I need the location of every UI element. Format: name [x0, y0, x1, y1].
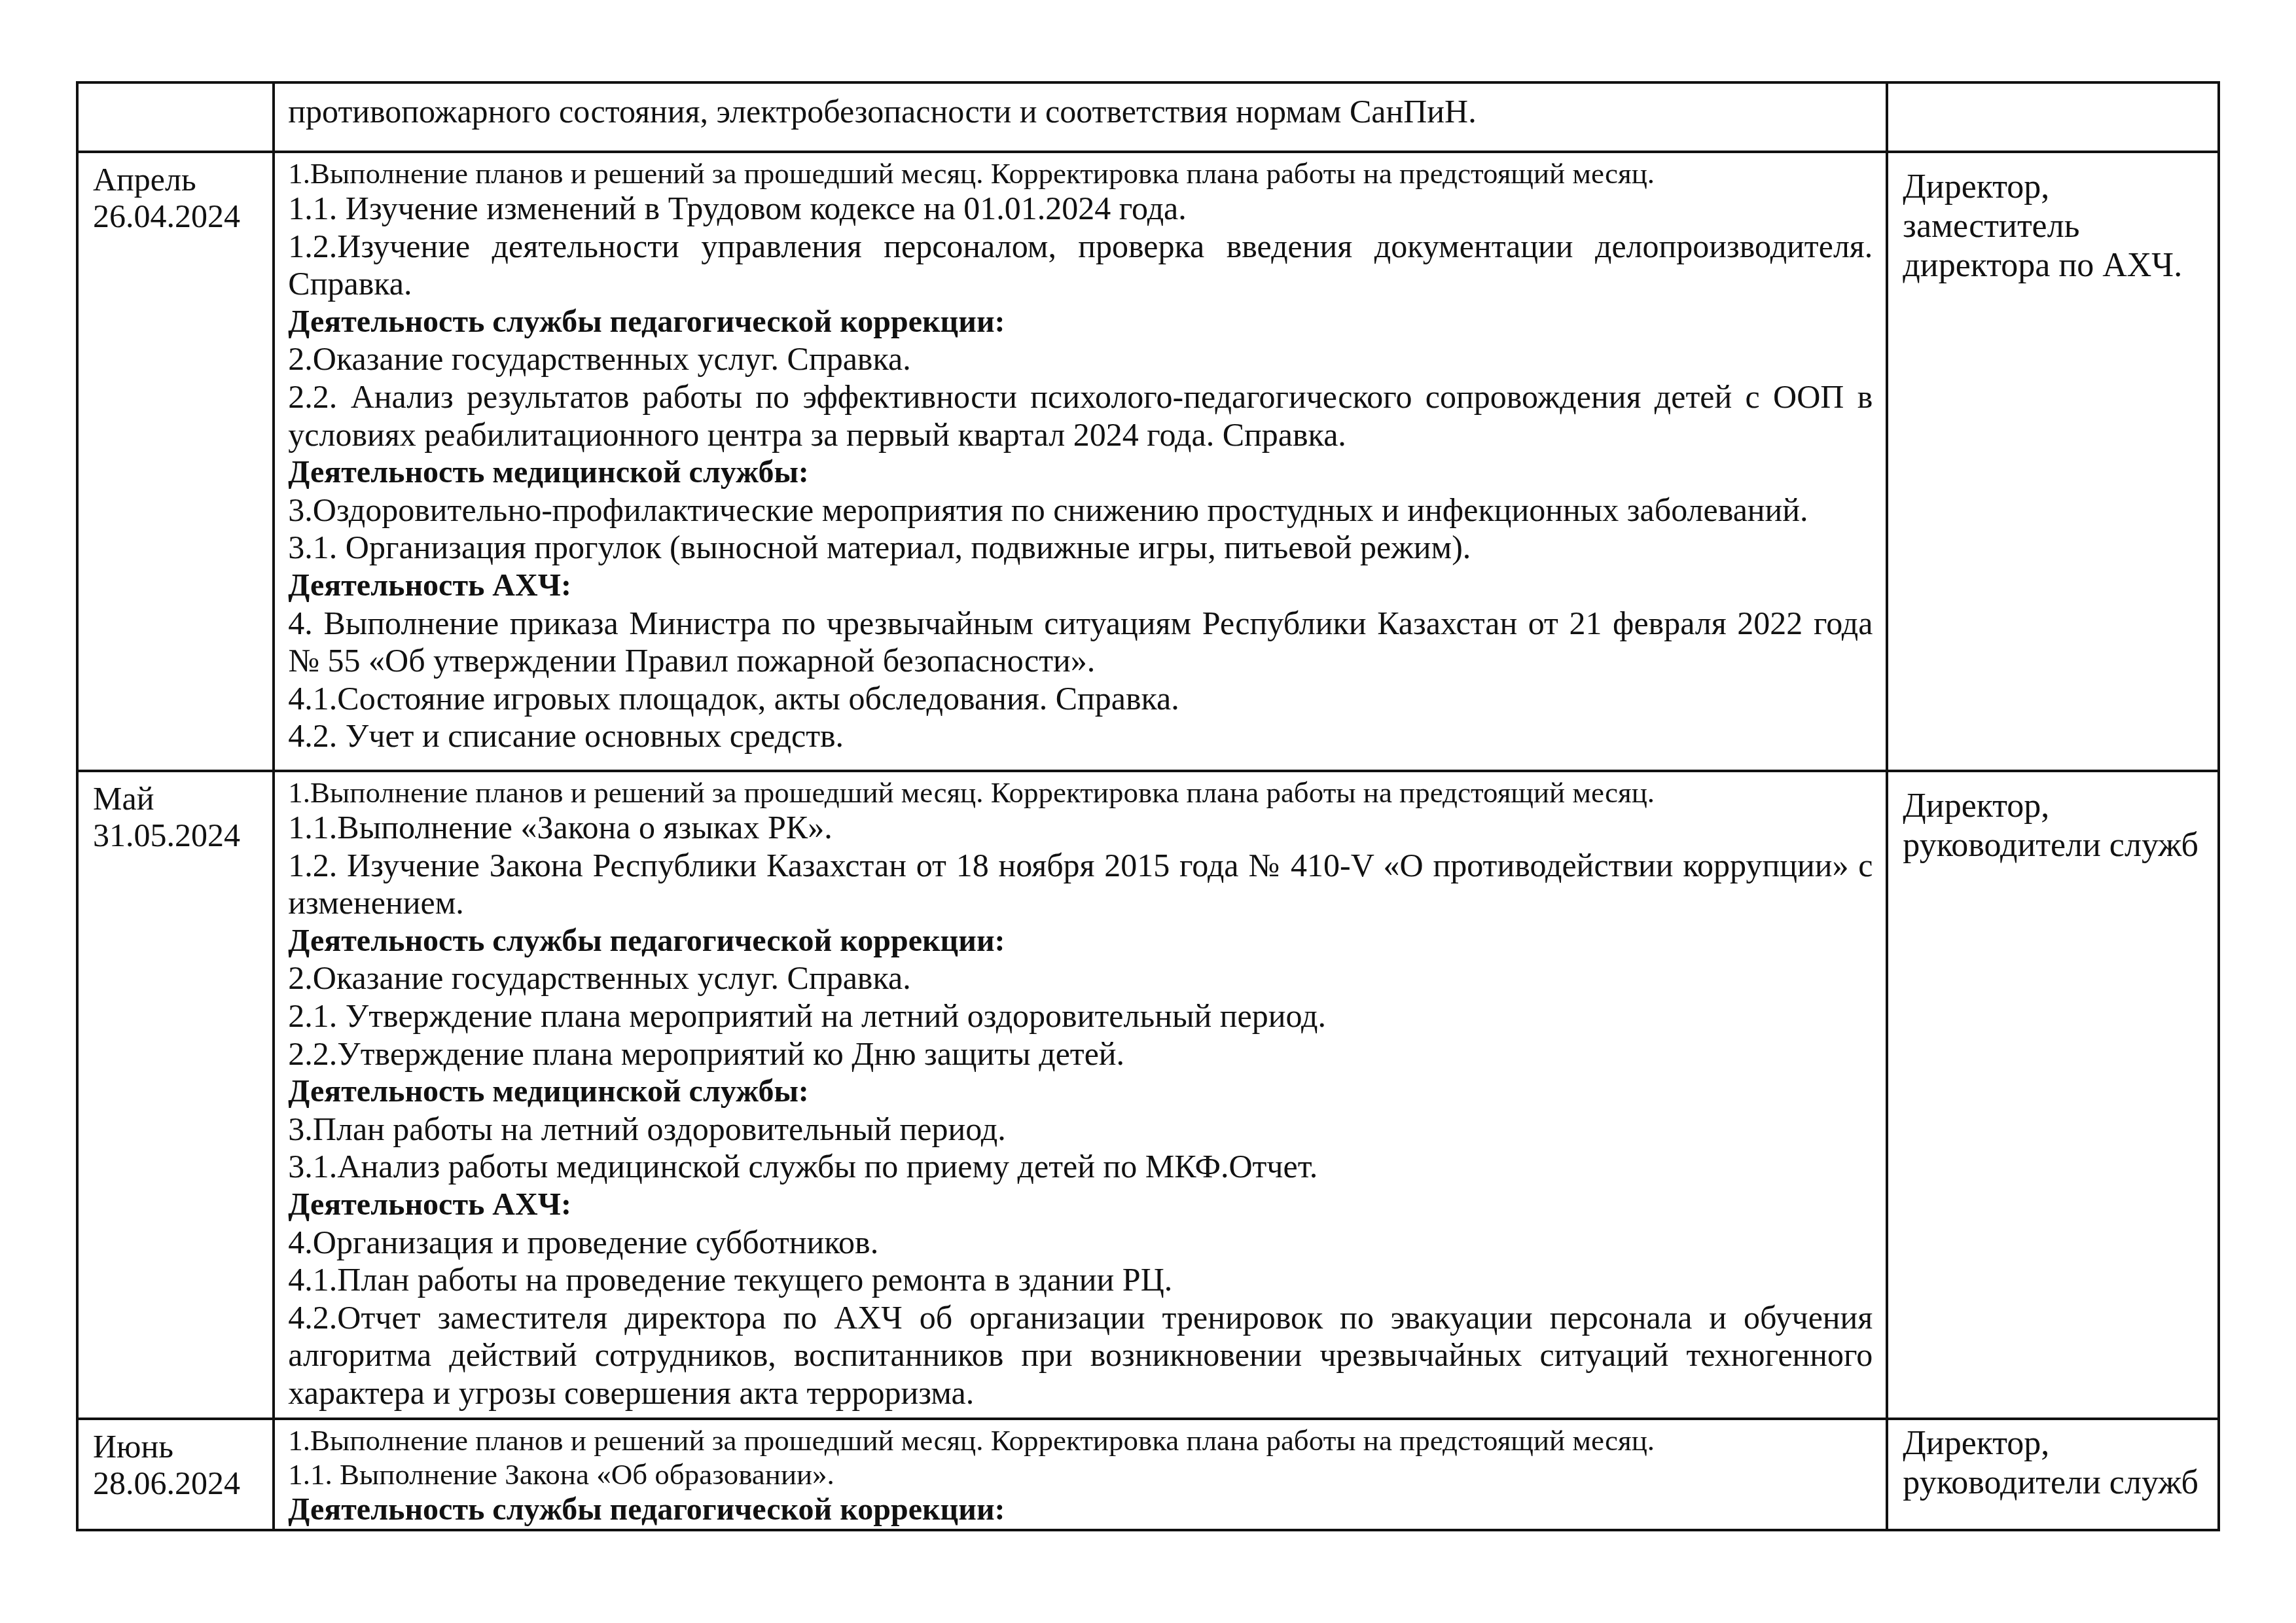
section-heading: Деятельность службы педагогической корре…: [288, 1491, 1873, 1529]
plan-item: 4.1.Состояние игровых площадок, акты обс…: [288, 680, 1873, 718]
month-name: Июнь: [93, 1428, 272, 1465]
plan-item: 1.2. Изучение Закона Республики Казахста…: [288, 847, 1873, 922]
content-cell: 1.Выполнение планов и решений за прошедш…: [274, 1419, 1887, 1530]
responsible-line: Директор,: [1903, 1424, 2217, 1463]
month-cell: Апрель 26.04.2024: [77, 152, 274, 771]
responsible-line: заместитель: [1903, 207, 2217, 246]
plan-item: 3.Оздоровительно-профилактические меропр…: [288, 491, 1873, 529]
responsible-cell: Директор, руководители служб: [1887, 1419, 2219, 1530]
section-heading: Деятельность медицинской службы:: [288, 1073, 1873, 1111]
month-cell: Июнь 28.06.2024: [77, 1419, 274, 1530]
plan-item: 2.Оказание государственных услуг. Справк…: [288, 959, 1873, 997]
responsible-line: Директор,: [1903, 787, 2217, 826]
section-heading: Деятельность службы педагогической корре…: [288, 303, 1873, 341]
plan-item: 1.1.Выполнение «Закона о языках РК».: [288, 809, 1873, 847]
table-row-june: Июнь 28.06.2024 1.Выполнение планов и ре…: [77, 1419, 2219, 1530]
plan-item: 1.Выполнение планов и решений за прошедш…: [288, 775, 1873, 809]
meeting-date: 31.05.2024: [93, 817, 272, 853]
responsible-cell-empty: [1887, 82, 2219, 152]
month-cell-empty: [77, 82, 274, 152]
plan-item: 4. Выполнение приказа Министра по чрезвы…: [288, 605, 1873, 680]
plan-item: 3.1. Организация прогулок (выносной мате…: [288, 529, 1873, 567]
content-line: противопожарного состояния, электробезоп…: [288, 93, 1873, 131]
content-cell: 1.Выполнение планов и решений за прошедш…: [274, 771, 1887, 1419]
responsible-line: директора по АХЧ.: [1903, 246, 2217, 285]
meeting-date: 28.06.2024: [93, 1465, 272, 1501]
month-cell: Май 31.05.2024: [77, 771, 274, 1419]
plan-item: 1.Выполнение планов и решений за прошедш…: [288, 156, 1873, 190]
plan-item: 1.1. Изучение изменений в Трудовом кодек…: [288, 190, 1873, 228]
table-row-continuation: противопожарного состояния, электробезоп…: [77, 82, 2219, 152]
section-heading: Деятельность АХЧ:: [288, 567, 1873, 605]
section-heading: Деятельность медицинской службы:: [288, 454, 1873, 491]
plan-item: 2.2. Анализ результатов работы по эффект…: [288, 378, 1873, 454]
responsible-line: Директор,: [1903, 168, 2217, 207]
table-row-april: Апрель 26.04.2024 1.Выполнение планов и …: [77, 152, 2219, 771]
meeting-date: 26.04.2024: [93, 198, 272, 234]
plan-item: 2.1. Утверждение плана мероприятий на ле…: [288, 997, 1873, 1035]
plan-item: 3.1.Анализ работы медицинской службы по …: [288, 1148, 1873, 1186]
plan-item: 2.2.Утверждение плана мероприятий ко Дню…: [288, 1035, 1873, 1073]
plan-item: 4.1.План работы на проведение текущего р…: [288, 1261, 1873, 1299]
responsible-cell: Директор, заместитель директора по АХЧ.: [1887, 152, 2219, 771]
responsible-line: руководители служб: [1903, 1463, 2217, 1503]
section-heading: Деятельность службы педагогической корре…: [288, 922, 1873, 960]
responsible-line: руководители служб: [1903, 826, 2217, 865]
content-cell-continuation: противопожарного состояния, электробезоп…: [274, 82, 1887, 152]
content-cell: 1.Выполнение планов и решений за прошедш…: [274, 152, 1887, 771]
section-heading: Деятельность АХЧ:: [288, 1186, 1873, 1224]
responsible-cell: Директор, руководители служб: [1887, 771, 2219, 1419]
table-row-may: Май 31.05.2024 1.Выполнение планов и реш…: [77, 771, 2219, 1419]
month-name: Май: [93, 780, 272, 817]
month-name: Апрель: [93, 161, 272, 198]
plan-item: 4.2.Отчет заместителя директора по АХЧ о…: [288, 1299, 1873, 1412]
plan-item: 1.2.Изучение деятельности управления пер…: [288, 228, 1873, 303]
plan-item: 3.План работы на летний оздоровительный …: [288, 1111, 1873, 1149]
plan-item: 1.1. Выполнение Закона «Об образовании».: [288, 1457, 1873, 1491]
plan-item: 4.2. Учет и списание основных средств.: [288, 717, 1873, 755]
plan-item: 4.Организация и проведение субботников.: [288, 1224, 1873, 1262]
plan-item: 2.Оказание государственных услуг. Справк…: [288, 340, 1873, 378]
plan-item: 1.Выполнение планов и решений за прошедш…: [288, 1423, 1873, 1457]
work-plan-table: противопожарного состояния, электробезоп…: [76, 81, 2220, 1531]
